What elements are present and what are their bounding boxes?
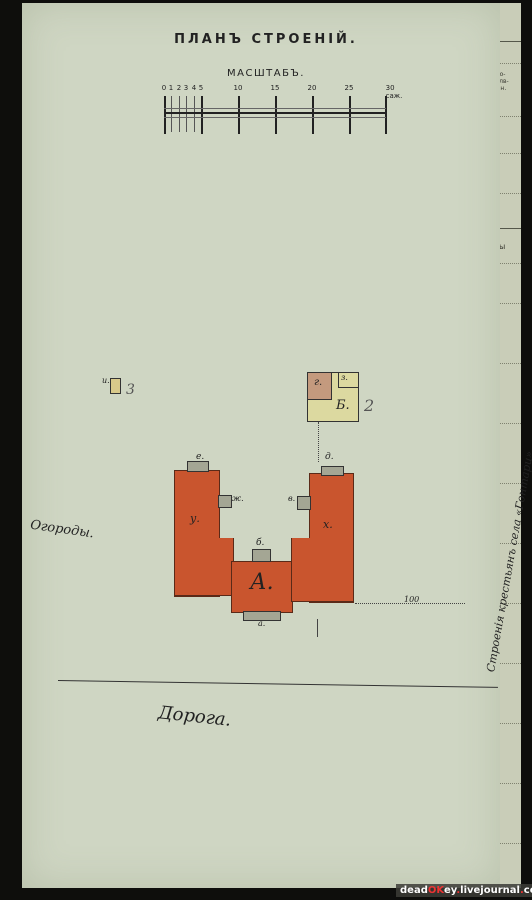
small-building-label: и. [102, 376, 110, 385]
marker-line [317, 619, 318, 637]
room-label: е. [196, 452, 204, 462]
tick-label: 15 [271, 84, 280, 92]
tick-label: 1 [169, 84, 173, 92]
secondary-building-number: 2 [364, 396, 374, 415]
room-label: в. [288, 494, 295, 503]
secondary-building-label: Б. [336, 398, 350, 413]
tick-label: 4 [192, 84, 196, 92]
tick-label: 10 [234, 84, 243, 92]
distance-label: 100 [404, 595, 419, 604]
page-title: ПЛАНЪ СТРОЕНІЙ. [0, 32, 532, 47]
connector-line [318, 422, 319, 462]
plan-sheet [22, 3, 500, 888]
room-label: д. [325, 452, 334, 462]
scale-title: МАСШТАБЪ. [0, 68, 532, 79]
tick-label: 2 [177, 84, 181, 92]
room-label: а. [258, 619, 265, 628]
room-label: з. [341, 373, 348, 382]
room-label: б. [256, 538, 264, 548]
watermark: deadOKey.livejournal.com [396, 884, 532, 897]
room-label: х. [323, 518, 333, 531]
tick-label: 5 [199, 84, 203, 92]
main-building-label: А. [250, 570, 274, 595]
porch-b [252, 549, 271, 562]
tick-label: 3 [184, 84, 188, 92]
main-building-right-base [291, 538, 354, 602]
small-building [110, 378, 121, 394]
porch-d [321, 466, 344, 476]
scale-bar: 0 1 2 3 4 5 10 15 20 25 30 саж. [164, 84, 389, 134]
porch-zh [218, 495, 232, 508]
tick-label: 20 [308, 84, 317, 92]
tick-label: 0 [162, 84, 166, 92]
main-building-left-base [174, 538, 234, 596]
tick-label: 25 [345, 84, 354, 92]
small-building-number: 3 [126, 382, 135, 398]
room-label: ж. [232, 494, 244, 503]
room-label: у. [190, 512, 200, 525]
room-label: г. [314, 377, 322, 388]
tick-label: 30 саж. [386, 84, 403, 100]
porch-e [187, 461, 209, 472]
porch-v [297, 496, 311, 510]
